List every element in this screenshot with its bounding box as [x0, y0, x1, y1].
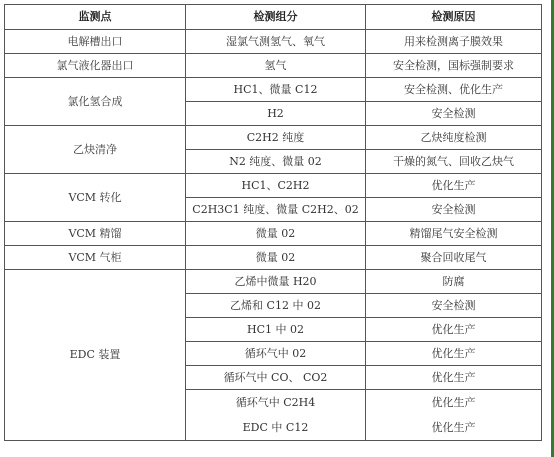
reason-cell: 干燥的氮气、回收乙炔气	[366, 150, 542, 174]
reason-cell: 优化生产	[366, 342, 542, 366]
table-row: 电解槽出口 湿氯气测氢气、氧气 用来检测离子膜效果	[5, 30, 542, 54]
monitoring-point-cell: VCM 精馏	[5, 222, 186, 246]
component-cell-merged: 循环气中 C2H4 EDC 中 C12	[186, 390, 366, 441]
reason-cell: 安全检测	[366, 198, 542, 222]
reason-cell: 聚合回收尾气	[366, 246, 542, 270]
component-cell: HC1、C2H2	[186, 174, 366, 198]
header-detection-reason: 检测原因	[366, 5, 542, 30]
component-cell: 微量 02	[186, 246, 366, 270]
component-cell: 湿氯气测氢气、氧气	[186, 30, 366, 54]
table-row: VCM 转化 HC1、C2H2 优化生产	[5, 174, 542, 198]
reason-cell: 优化生产	[366, 318, 542, 342]
component-cell: C2H2 纯度	[186, 126, 366, 150]
component-cell: H2	[186, 102, 366, 126]
monitoring-point-cell: 乙炔清净	[5, 126, 186, 174]
component-line: 循环气中 C2H4	[186, 390, 365, 415]
reason-cell: 优化生产	[366, 174, 542, 198]
reason-line: 优化生产	[366, 415, 541, 440]
monitoring-point-cell: VCM 气柜	[5, 246, 186, 270]
reason-cell: 安全检测	[366, 102, 542, 126]
monitoring-table: 监测点 检测组分 检测原因 电解槽出口 湿氯气测氢气、氧气 用来检测离子膜效果 …	[4, 4, 542, 441]
component-cell: 乙烯和 C12 中 02	[186, 294, 366, 318]
header-detected-component: 检测组分	[186, 5, 366, 30]
monitoring-point-cell: 氯化氢合成	[5, 78, 186, 126]
reason-cell: 精馏尾气安全检测	[366, 222, 542, 246]
component-cell: 循环气中 CO、 CO2	[186, 366, 366, 390]
table-row: VCM 气柜 微量 02 聚合回收尾气	[5, 246, 542, 270]
reason-cell: 乙炔纯度检测	[366, 126, 542, 150]
reason-cell: 安全检测，国标强制要求	[366, 54, 542, 78]
table-header-row: 监测点 检测组分 检测原因	[5, 5, 542, 30]
monitoring-point-cell: EDC 装置	[5, 270, 186, 441]
monitoring-point-cell: 电解槽出口	[5, 30, 186, 54]
component-cell: N2 纯度、微量 02	[186, 150, 366, 174]
reason-cell: 安全检测、优化生产	[366, 78, 542, 102]
table-row: 乙炔清净 C2H2 纯度 乙炔纯度检测	[5, 126, 542, 150]
monitoring-point-cell: VCM 转化	[5, 174, 186, 222]
component-cell: C2H3C1 纯度、微量 C2H2、02	[186, 198, 366, 222]
table-row: 氯气液化器出口 氢气 安全检测，国标强制要求	[5, 54, 542, 78]
reason-cell-merged: 优化生产 优化生产	[366, 390, 542, 441]
reason-cell: 安全检测	[366, 294, 542, 318]
table-row: EDC 装置 乙烯中微量 H20 防腐	[5, 270, 542, 294]
component-line: EDC 中 C12	[186, 415, 365, 440]
component-cell: 氢气	[186, 54, 366, 78]
header-monitoring-point: 监测点	[5, 5, 186, 30]
monitoring-point-cell: 氯气液化器出口	[5, 54, 186, 78]
reason-cell: 防腐	[366, 270, 542, 294]
table-row: VCM 精馏 微量 02 精馏尾气安全检测	[5, 222, 542, 246]
reason-cell: 优化生产	[366, 366, 542, 390]
component-cell: HC1 中 02	[186, 318, 366, 342]
table-row: 氯化氢合成 HC1、微量 C12 安全检测、优化生产	[5, 78, 542, 102]
component-cell: 乙烯中微量 H20	[186, 270, 366, 294]
component-cell: 循环气中 02	[186, 342, 366, 366]
component-cell: HC1、微量 C12	[186, 78, 366, 102]
reason-line: 优化生产	[366, 390, 541, 415]
component-cell: 微量 02	[186, 222, 366, 246]
reason-cell: 用来检测离子膜效果	[366, 30, 542, 54]
